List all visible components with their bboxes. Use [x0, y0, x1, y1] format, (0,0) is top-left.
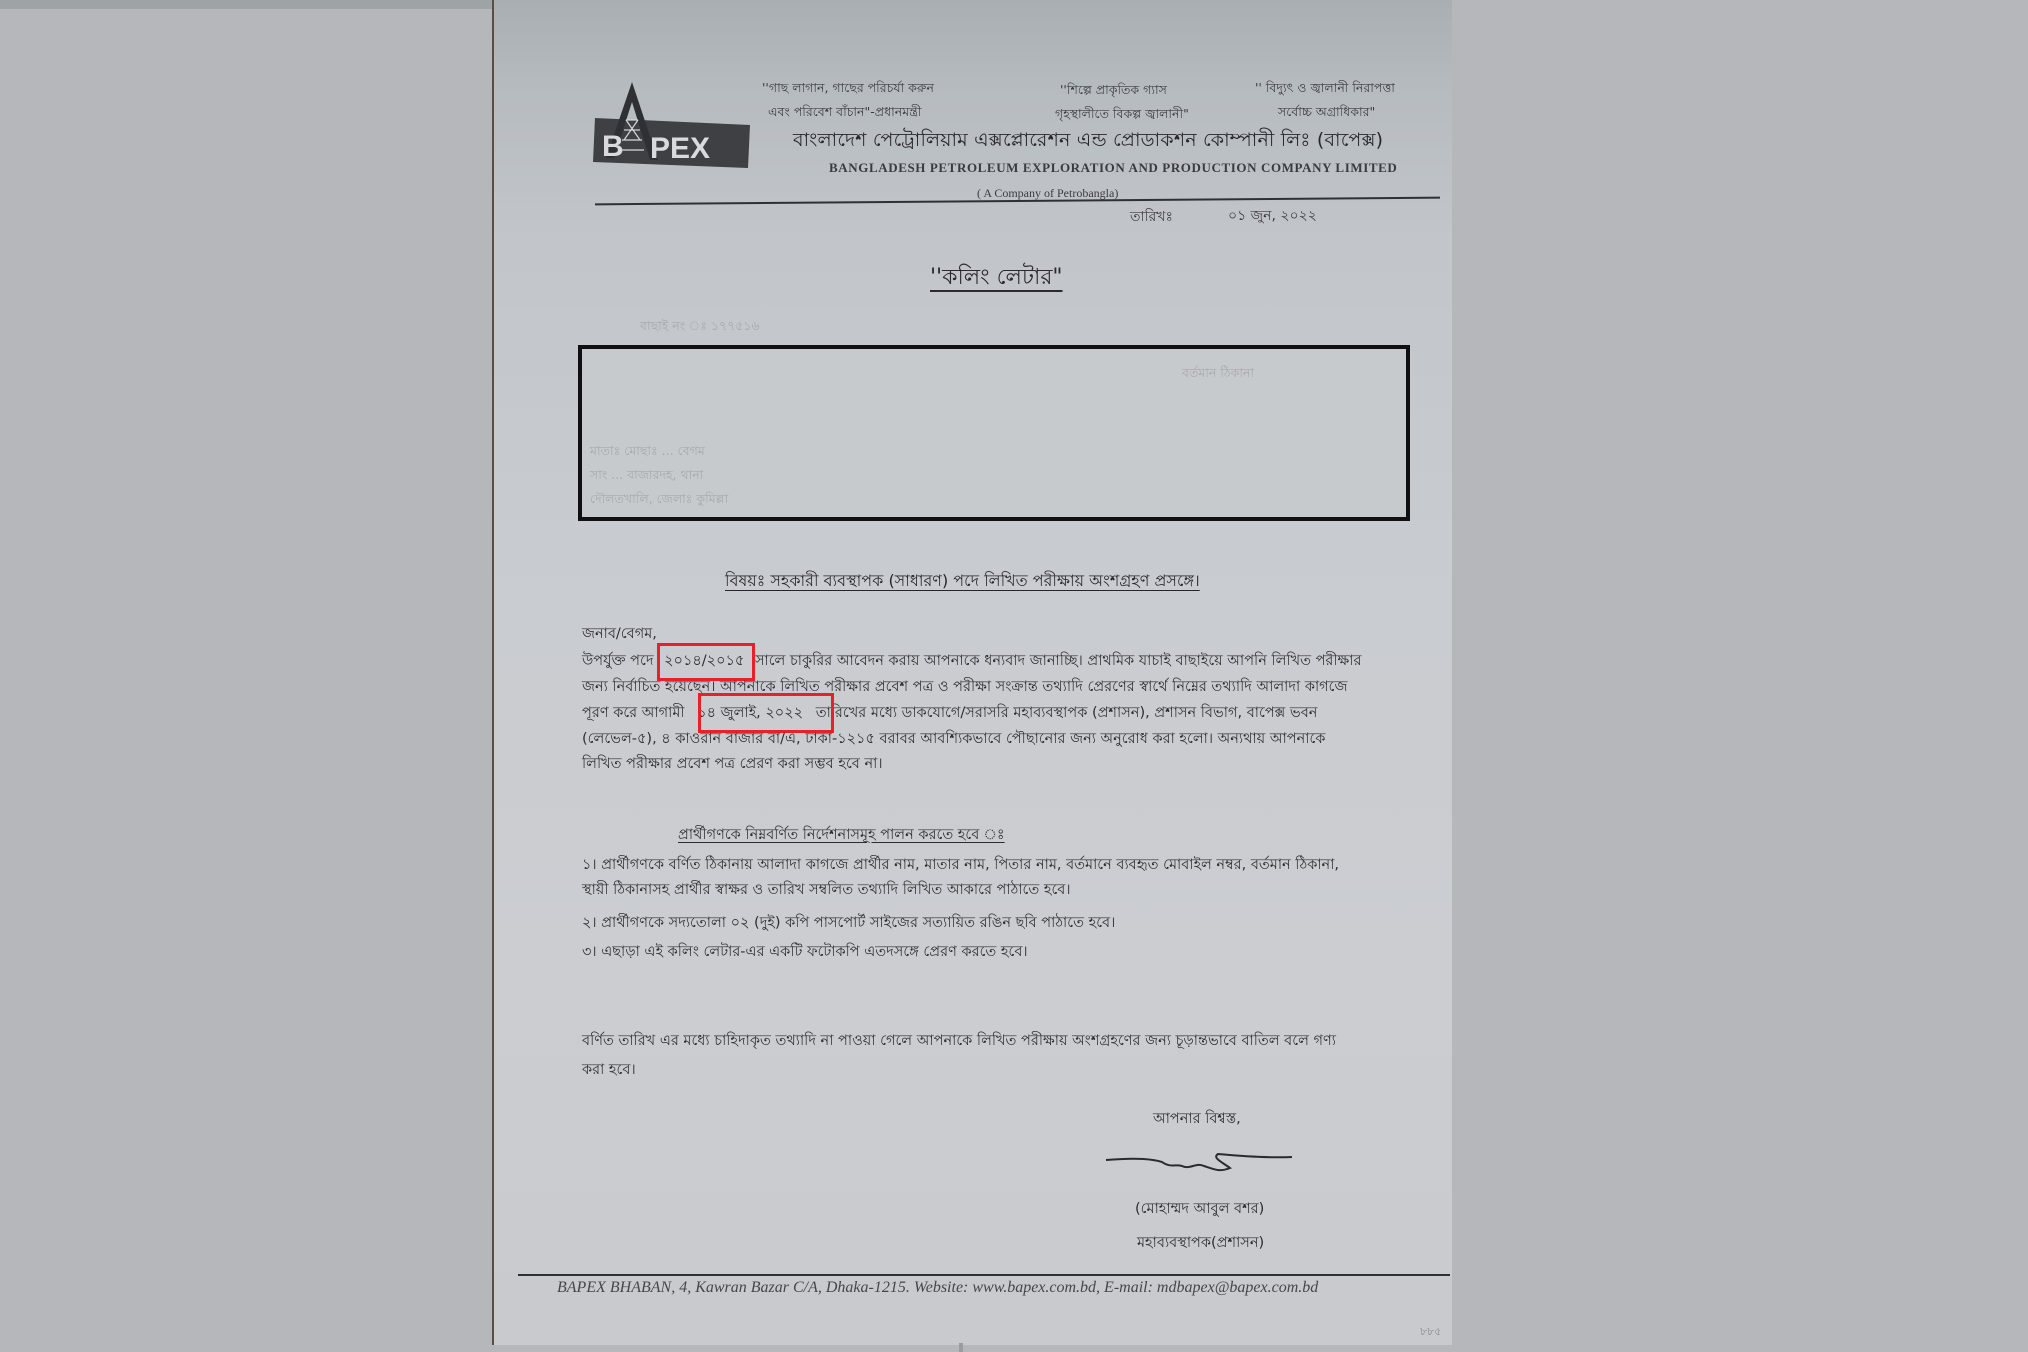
signature-icon — [1100, 1148, 1300, 1178]
body-line-3: পূরণ করে আগামী ১৪ জুলাই, ২০২২ তারিখের মধ… — [582, 702, 1317, 726]
slogan-1-line2: এবং পরিবেশ বাঁচান"-প্রধানমন্ত্রী — [768, 104, 921, 124]
footer-divider — [518, 1274, 1450, 1276]
bapex-logo-icon: B PEX — [590, 80, 755, 175]
instructions-heading: প্রার্থীগণকে নিম্নবর্ণিত নির্দেশনাসমূহ প… — [678, 824, 1005, 848]
salutation: জনাব/বেগম, — [582, 623, 657, 647]
slogan-3-line2: সর্বোচ্চ অগ্রাধিকার" — [1278, 104, 1375, 124]
instruction-item-3: ৩। এছাড়া এই কলিং লেটার-এর একটি ফটোকপি এ… — [582, 941, 1028, 965]
body-line-2: জন্য নির্বাচিত হয়েছেন। আপনাকে লিখিত পরী… — [582, 676, 1347, 700]
company-name-english: BANGLADESH PETROLEUM EXPLORATION AND PRO… — [829, 160, 1397, 176]
closing-line-1: বর্ণিত তারিখ এর মধ্যে চাহিদাকৃত তথ্যাদি … — [582, 1030, 1336, 1054]
body-line-5: লিখিত পরীক্ষার প্রবেশ পত্র প্রেরণ করা সম… — [582, 753, 883, 777]
body-text: পূরণ করে আগামী — [582, 705, 685, 721]
bottom-tick — [959, 1343, 963, 1352]
redacted-address-box: বর্তমান ঠিকানা মাতাঃ মোছাঃ ... বেগম সাং … — [578, 345, 1410, 521]
instruction-item-1-cont: স্থায়ী ঠিকানাসহ প্রার্থীর স্বাক্ষর ও তা… — [582, 879, 1071, 903]
valediction: আপনার বিশ্বস্ত, — [1153, 1108, 1241, 1132]
signatory-name: (মোহাম্মদ আবুল বশর) — [1135, 1198, 1264, 1222]
body-line-4: (লেভেল-৫), ৪ কাওরান বাজার বা/এ, ঢাকা-১২১… — [582, 728, 1325, 752]
redacted-line: দৌলতখালি, জেলাঃ কুমিল্লা — [590, 491, 728, 511]
instruction-item-1: ১। প্রার্থীগণকে বর্ণিত ঠিকানায় আলাদা কা… — [582, 854, 1339, 878]
slogan-1-line1: ''গাছ লাগান, গাছের পরিচর্যা করুন — [762, 80, 934, 100]
body-text: তারিখের মধ্যে ডাকযোগে/সরাসরি মহাব্যবস্থা… — [816, 705, 1318, 721]
redacted-line: সাং ... বাজারদহ, থানা — [590, 467, 703, 487]
body-text: উপর্যুক্ত পদে — [582, 653, 653, 669]
redacted-line: মাতাঃ মোছাঃ ... বেগম — [590, 443, 705, 463]
body-text: সালে চাকুরির আবেদন করায় আপনাকে ধন্যবাদ … — [755, 653, 1362, 669]
company-name-bangla: বাংলাদেশ পেট্রোলিয়াম এক্সপ্লোরেশন এন্ড … — [793, 126, 1383, 158]
highlight-box-deadline — [698, 693, 834, 733]
closing-line-2: করা হবে। — [582, 1059, 636, 1083]
signatory-designation: মহাব্যবস্থাপক(প্রশাসন) — [1137, 1232, 1264, 1256]
redacted-ref-number: বাছাই নং ঃ ১৭৭৫১৬ — [640, 318, 760, 338]
svg-text:B: B — [602, 130, 624, 163]
subject-line: বিষয়ঃ সহকারী ব্যবস্থাপক (সাধারণ) পদে লি… — [725, 568, 1200, 595]
date-value: ০১ জুন, ২০২২ — [1228, 204, 1317, 228]
page-mark: ৮৮৫ — [1420, 1323, 1441, 1342]
footer-address: BAPEX BHABAN, 4, Kawran Bazar C/A, Dhaka… — [557, 1279, 1318, 1297]
date-label: তারিখঃ — [1130, 205, 1173, 229]
redacted-line: বর্তমান ঠিকানা — [1182, 365, 1254, 385]
slogan-3-line1: '' বিদ্যুৎ ও জ্বালানী নিরাপত্তা — [1255, 80, 1395, 100]
letter-title: ''কলিং লেটার" — [930, 260, 1063, 297]
svg-text:PEX: PEX — [650, 132, 710, 165]
instruction-item-2: ২। প্রার্থীগণকে সদ্যতোলা ০২ (দুই) কপি পা… — [582, 912, 1115, 936]
slogan-2-line2: গৃহস্থালীতে বিকল্প জ্বালানী" — [1055, 106, 1189, 126]
slogan-2-line1: ''শিল্পে প্রাকৃতিক গ্যাস — [1060, 82, 1167, 102]
